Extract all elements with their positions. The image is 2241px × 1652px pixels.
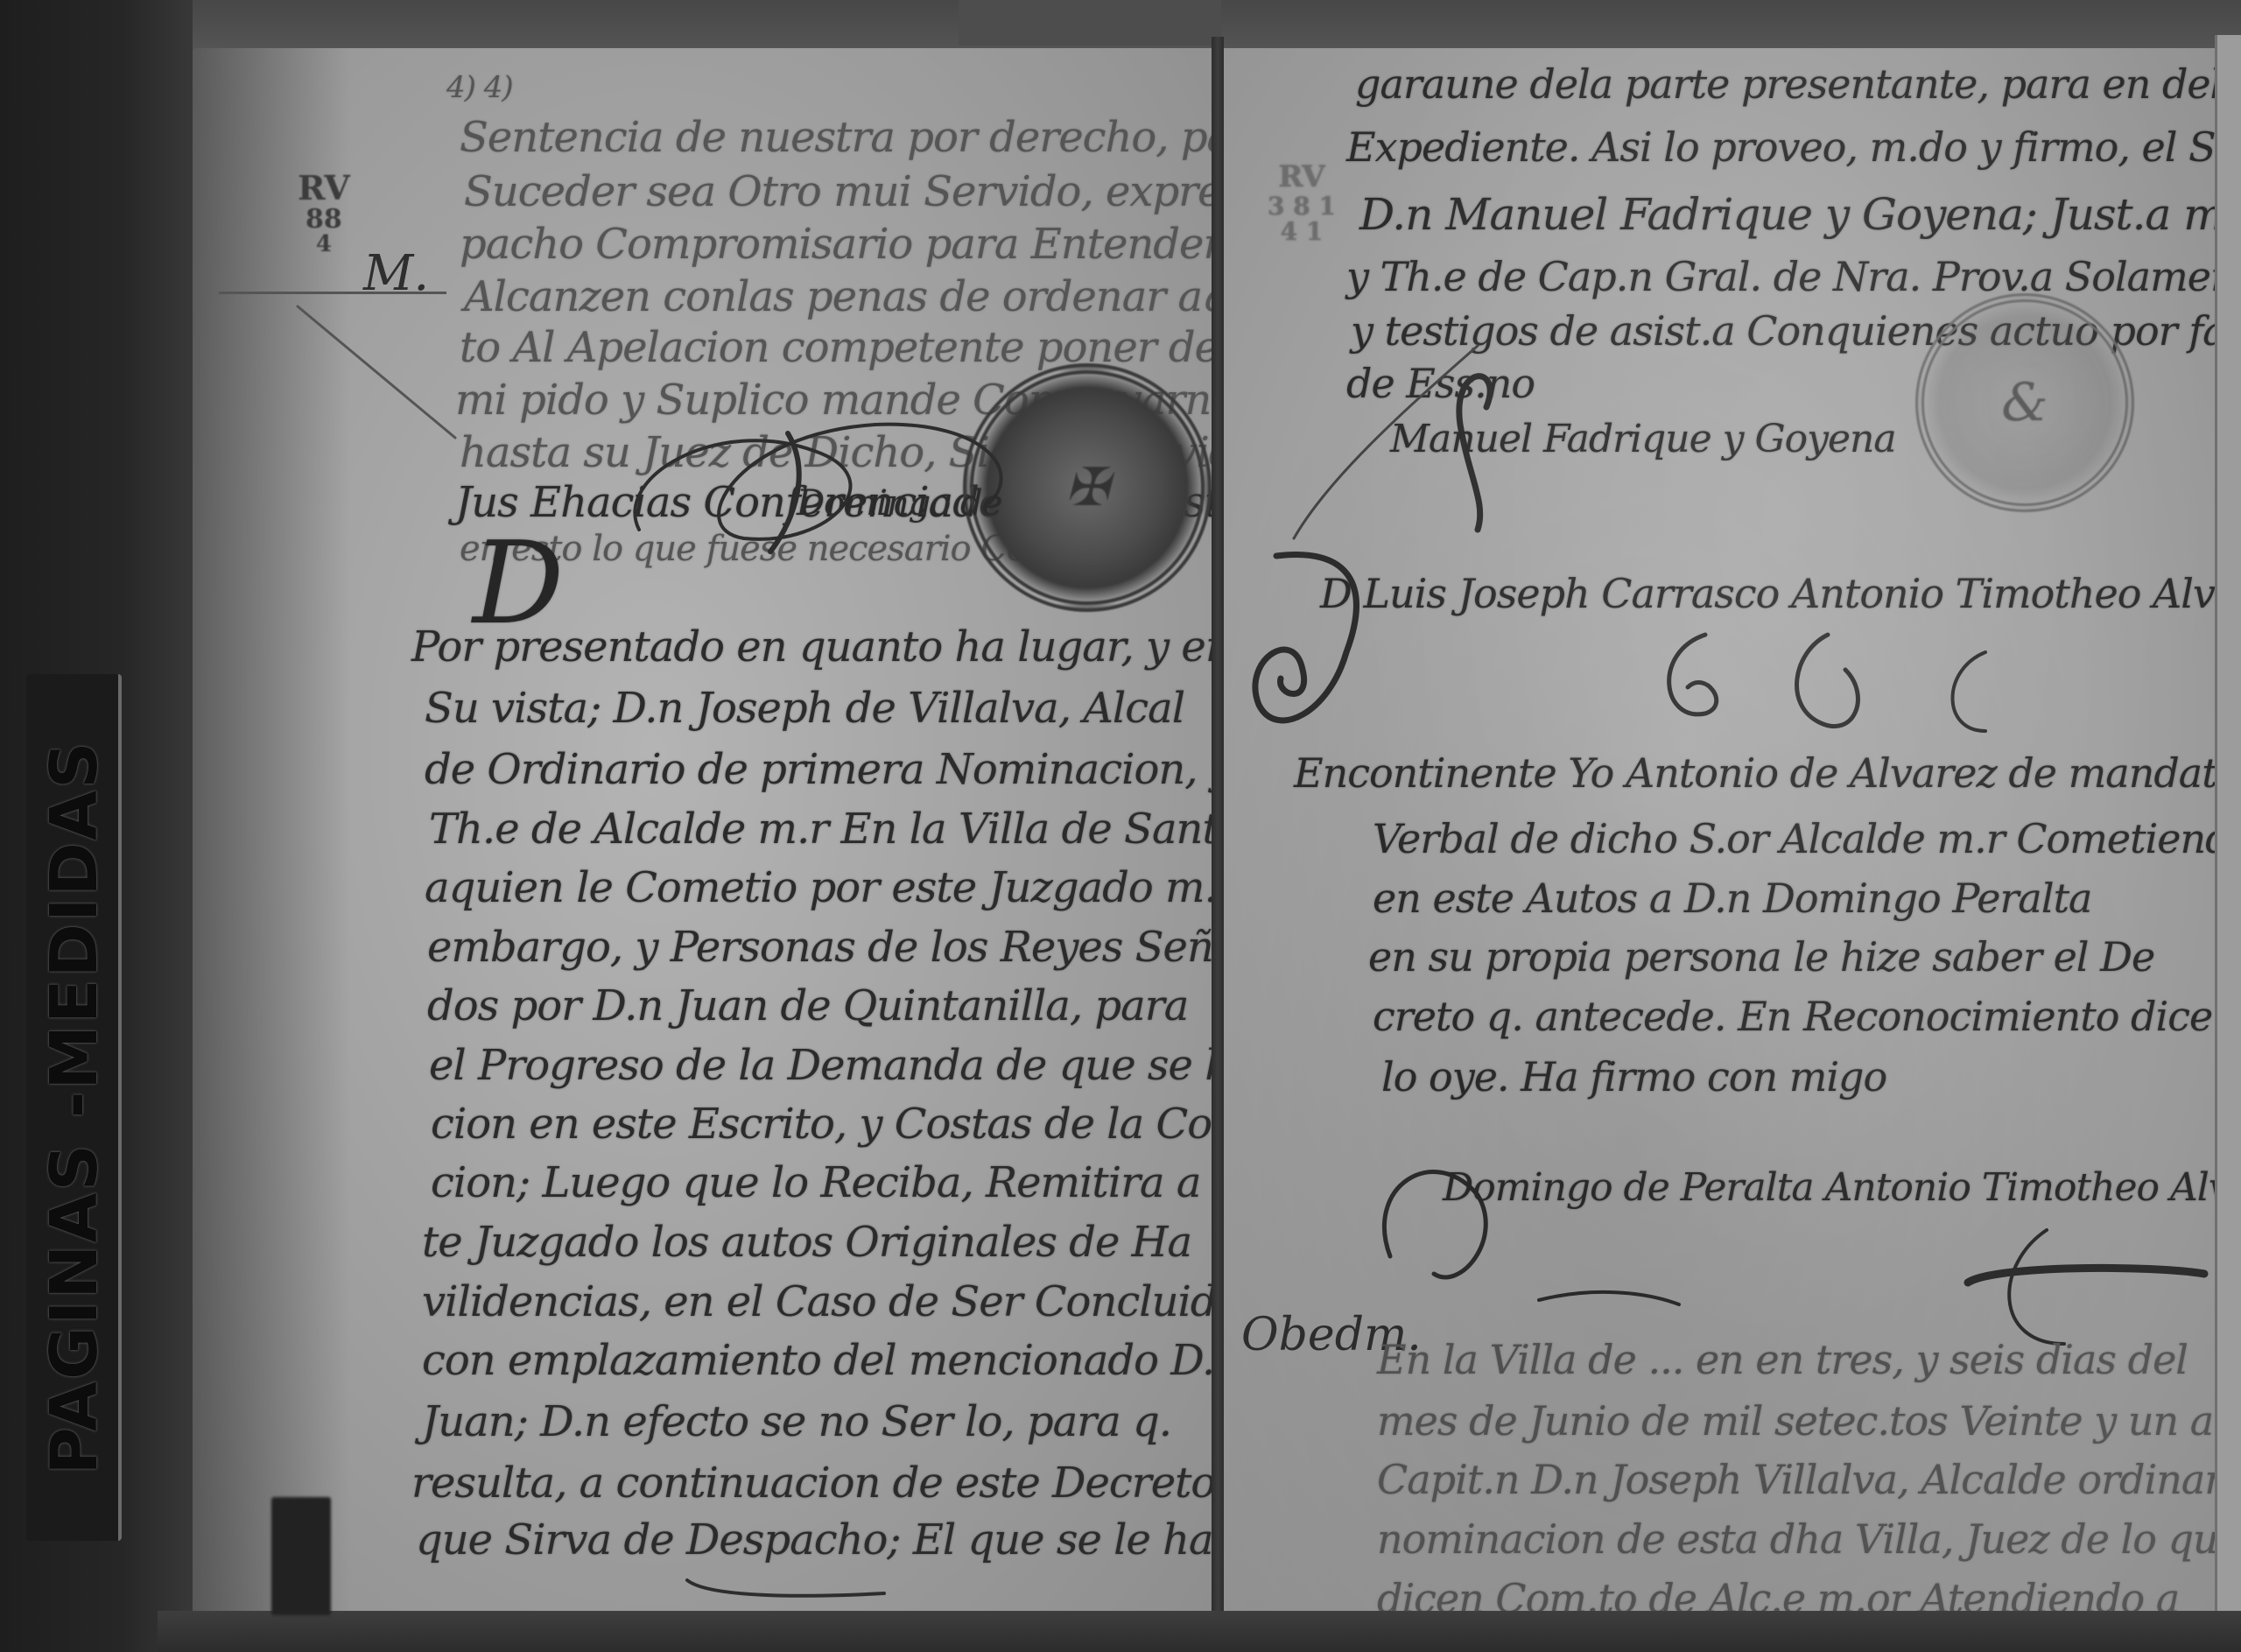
rubric-flourish bbox=[1653, 617, 2020, 757]
text-line: to Al Apelacion competente poner de dere… bbox=[460, 327, 1215, 369]
text-line: embargo, y Personas de los Reyes Señala bbox=[427, 926, 1215, 968]
signature-manuel-fadrique: Manuel Fadrique y Goyena bbox=[1390, 420, 1896, 459]
underline-flourish bbox=[683, 1571, 893, 1606]
text-line: pacho Compromisario para Entender Confor… bbox=[460, 223, 1215, 265]
text-line: Th.e de Alcalde m.r En la Villa de Sant … bbox=[429, 808, 1215, 850]
archive-stamp: RV 3 8 1 4 1 bbox=[1268, 162, 1336, 244]
margin-rule bbox=[219, 292, 446, 294]
text-line: el Progreso de la Demanda de que se haze… bbox=[429, 1044, 1215, 1086]
text-line: te Juzgado los autos Originales de Ha bbox=[422, 1221, 1191, 1263]
text-line: en este Autos a D.n Domingo Peralta bbox=[1373, 878, 2091, 918]
signature-text: Domingo de bbox=[797, 486, 1001, 521]
text-line: mes de Junio de mil setec.tos Veinte y u… bbox=[1377, 1401, 2241, 1441]
text-line: Sentencia de nuestra por derecho, para q… bbox=[460, 116, 1215, 158]
stamp-line-3: 4 bbox=[298, 233, 350, 257]
text-line: dicen Com.to de Alc.e m.or Atendiendo a bbox=[1377, 1578, 2179, 1611]
witness-signatures: D Luis Joseph Carrasco Antonio Timotheo … bbox=[1320, 573, 2241, 614]
text-line: cion; Luego que lo Reciba, Remitira a es bbox=[431, 1162, 1215, 1204]
tab-label: PAGINAS -MEDIDAS bbox=[37, 740, 112, 1474]
seal-emblem-icon: ✠ bbox=[1065, 457, 1109, 518]
text-line: en su propia persona le hize saber el De bbox=[1368, 937, 2154, 977]
stamp-line-1: RV bbox=[298, 171, 350, 206]
side-index-tab: PAGINAS -MEDIDAS bbox=[26, 674, 122, 1541]
text-line: con emplazamiento del mencionado D.n bbox=[422, 1339, 1215, 1381]
text-line: Verbal de dicho S.or Alcalde m.r Cometie… bbox=[1373, 819, 2241, 859]
text-line: En la Villa de ... en en tres, y seis di… bbox=[1377, 1339, 2188, 1380]
next-page-edge bbox=[2215, 35, 2241, 1611]
text-line: Encontinente Yo Antonio de Alvarez de ma… bbox=[1294, 753, 2240, 793]
bottom-page-shadow bbox=[158, 1611, 2241, 1652]
text-line: creto q. antecede. En Reconocimiento dic… bbox=[1373, 996, 2241, 1037]
archive-stamp: RV 88 4 bbox=[298, 171, 350, 257]
text-line: aquien le Cometio por este Juzgado m.r d… bbox=[425, 867, 1215, 909]
text-line: cion en este Escrito, y Costas de la Con… bbox=[431, 1103, 1215, 1145]
text-line: Suceder sea Otro mui Servido, expresa el… bbox=[464, 171, 1215, 213]
text-line: Alcanzen conlas penas de ordenar aquella… bbox=[464, 276, 1215, 318]
margin-diagonal-stroke bbox=[289, 302, 464, 442]
text-line: Capit.n D.n Joseph Villalva, Alcalde ord… bbox=[1377, 1459, 2241, 1500]
page-clip bbox=[271, 1497, 331, 1615]
right-page: RV 3 8 1 4 1 garaune dela parte presenta… bbox=[1224, 48, 2241, 1611]
text-line: dos por D.n Juan de Quintanilla, para bbox=[427, 985, 1188, 1027]
stamp-line-3: 4 1 bbox=[1268, 219, 1336, 244]
text-line: garaune dela parte presentante, para en … bbox=[1355, 64, 2241, 104]
stamp-line-2: 88 bbox=[298, 206, 350, 234]
text-line: que Sirva de Despacho; El que se le ha bbox=[416, 1519, 1213, 1561]
ink-seal: & bbox=[1915, 293, 2134, 512]
text-line: y Th.e de Cap.n Gral. de Nra. Prov.a Sol… bbox=[1346, 257, 2241, 297]
left-page: 4) 4) RV 88 4 M. Sentencia de nuestra po… bbox=[193, 48, 1215, 1611]
text-line: Por presentado en quanto ha lugar, y en bbox=[411, 626, 1215, 668]
gutter-top-notch bbox=[959, 0, 1221, 46]
corner-mark: 4) 4) bbox=[446, 70, 513, 105]
text-line: de Ordinario de primera Nominacion, y bbox=[425, 749, 1215, 791]
seal-emblem-icon: & bbox=[2001, 372, 2048, 433]
text-line: Expediente. Asi lo proveo, m.do y firmo,… bbox=[1346, 127, 2226, 167]
text-line: D.n Manuel Fadrique y Goyena; Just.a m.r bbox=[1359, 193, 2241, 236]
text-line: resulta, a continuacion de este Decreto, bbox=[411, 1462, 1215, 1504]
signature-domingo-peralta: Domingo de Peralta Antonio Timotheo Alva… bbox=[1443, 1169, 2241, 1207]
text-line: Juan; D.n efecto se no Ser lo, para q. bbox=[422, 1401, 1171, 1443]
stamp-line-1: RV bbox=[1268, 162, 1336, 193]
page-gutter bbox=[1212, 37, 1224, 1613]
text-line: nominacion de esta dha Villa, Juez de lo… bbox=[1377, 1519, 2241, 1559]
text-line: vilidencias, en el Caso de Ser Concluida… bbox=[422, 1281, 1215, 1323]
text-line: Su vista; D.n Joseph de Villalva, Alcal bbox=[425, 687, 1184, 729]
text-line: lo oye. Ha firmo con migo bbox=[1381, 1057, 1886, 1097]
stamp-line-2: 3 8 1 bbox=[1268, 193, 1336, 219]
